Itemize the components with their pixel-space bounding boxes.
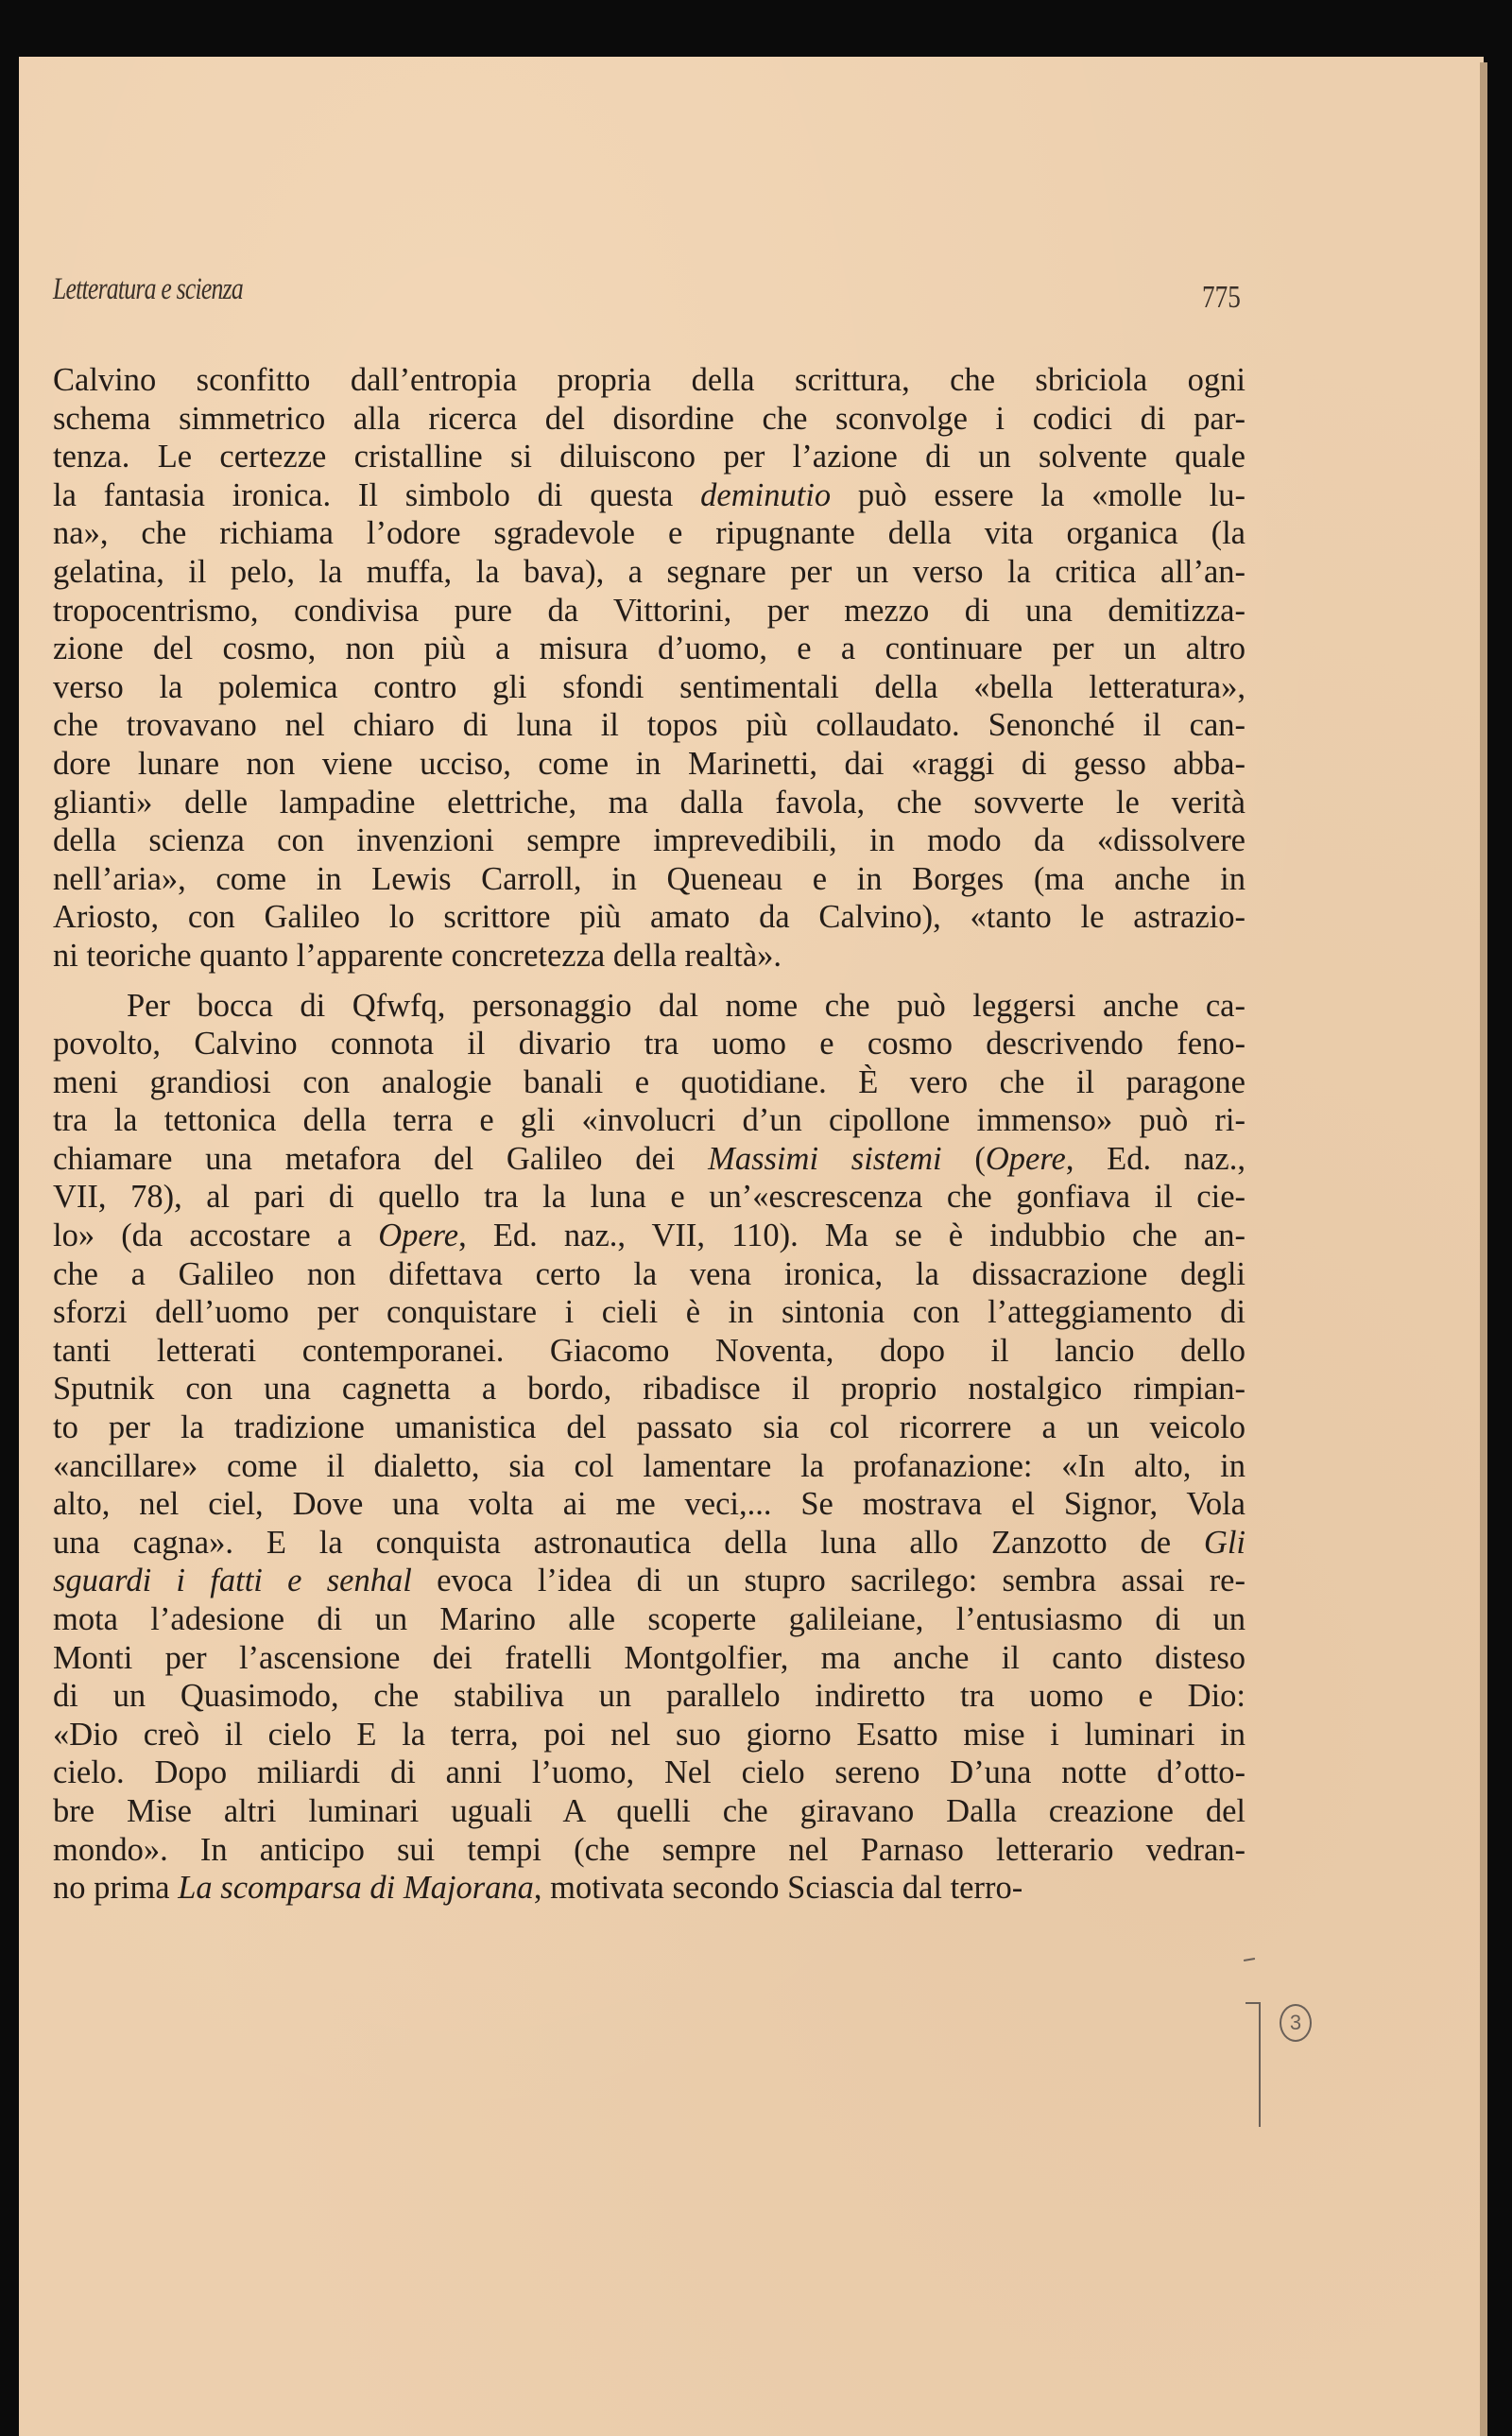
text-line: sforzi dell’uomo per conquistare i cieli… [53, 1293, 1246, 1332]
text-line: Sputnik con una cagnetta a bordo, ribadi… [53, 1370, 1246, 1408]
text-line: Per bocca di Qfwfq, personaggio dal nome… [53, 987, 1246, 1026]
text-line: schema simmetrico alla ricerca del disor… [53, 400, 1246, 439]
text-line: tenza. Le certezze cristalline si diluis… [53, 438, 1246, 476]
page-number: 775 [1202, 280, 1241, 316]
text-line: zione del cosmo, non più a misura d’uomo… [53, 630, 1246, 668]
text-line: che trovavano nel chiaro di luna il topo… [53, 706, 1246, 745]
text-line: no prima La scomparsa di Majorana, motiv… [53, 1869, 1246, 1908]
text-line: bre Mise altri luminari uguali A quelli … [53, 1792, 1246, 1831]
text-line: tra la tettonica della terra e gli «invo… [53, 1101, 1246, 1140]
page-edge [1480, 62, 1487, 2436]
text-line: cielo. Dopo miliardi di anni l’uomo, Nel… [53, 1754, 1246, 1792]
text-line: gelatina, il pelo, la muffa, la bava), a… [53, 553, 1246, 592]
text-line: mondo». In anticipo sui tempi (che sempr… [53, 1831, 1246, 1870]
paragraph-2: Per bocca di Qfwfq, personaggio dal nome… [53, 987, 1246, 1908]
text-line: dore lunare non viene ucciso, come in Ma… [53, 745, 1246, 784]
text-line: alto, nel ciel, Dove una volta ai me vec… [53, 1485, 1246, 1524]
pencil-bracket [1246, 2002, 1261, 2127]
text-line: che a Galileo non difettava certo la ven… [53, 1255, 1246, 1294]
text-line: VII, 78), al pari di quello tra la luna … [53, 1178, 1246, 1217]
text-line: lo» (da accostare a Opere, Ed. naz., VII… [53, 1217, 1246, 1255]
running-title: Letteratura e scienza [53, 272, 243, 307]
text-line: tropocentrismo, condivisa pure da Vittor… [53, 592, 1246, 631]
text-line: verso la polemica contro gli sfondi sent… [53, 668, 1246, 707]
text-line: «ancillare» come il dialetto, sia col la… [53, 1447, 1246, 1486]
text-line: na», che richiama l’odore sgradevole e r… [53, 514, 1246, 553]
text-line: la fantasia ironica. Il simbolo di quest… [53, 476, 1246, 515]
text-line: Ariosto, con Galileo lo scrittore più am… [53, 898, 1246, 937]
text-line: Calvino sconfitto dall’entropia propria … [53, 361, 1246, 400]
text-line: glianti» delle lampadine elettriche, ma … [53, 784, 1246, 822]
text-line: una cagna». E la conquista astronautica … [53, 1524, 1246, 1563]
text-line: to per la tradizione umanistica del pass… [53, 1408, 1246, 1447]
text-line: meni grandiosi con analogie banali e quo… [53, 1063, 1246, 1102]
text-line: ni teoriche quanto l’apparente concretez… [53, 937, 1246, 976]
text-line: della scienza con invenzioni sempre impr… [53, 821, 1246, 860]
body-text: Calvino sconfitto dall’entropia propria … [53, 361, 1246, 1908]
paragraph-1: Calvino sconfitto dall’entropia propria … [53, 361, 1246, 976]
text-line: sguardi i fatti e senhal evoca l’idea di… [53, 1562, 1246, 1600]
text-line: mota l’adesione di un Marino alle scoper… [53, 1600, 1246, 1639]
text-line: povolto, Calvino connota il divario tra … [53, 1025, 1246, 1063]
text-line: tanti letterati contemporanei. Giacomo N… [53, 1332, 1246, 1371]
text-line: chiamare una metafora del Galileo dei Ma… [53, 1140, 1246, 1179]
text-line: «Dio creò il cielo E la terra, poi nel s… [53, 1716, 1246, 1754]
text-line: nell’aria», come in Lewis Carroll, in Qu… [53, 860, 1246, 899]
text-line: Monti per l’ascensione dei fratelli Mont… [53, 1639, 1246, 1678]
text-line: di un Quasimodo, che stabiliva un parall… [53, 1677, 1246, 1716]
circled-number-annotation: 3 [1280, 2004, 1312, 2042]
